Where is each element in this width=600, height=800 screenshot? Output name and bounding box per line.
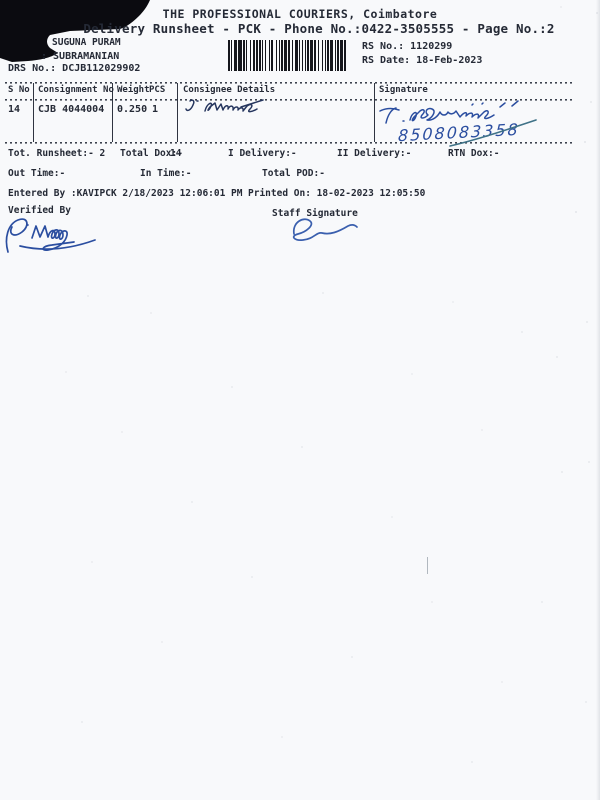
scan-stray-mark: [427, 557, 428, 574]
col-header-pcs: PCS: [149, 86, 165, 96]
table-top-border: [5, 82, 572, 84]
ii-delivery-label: II Delivery:-: [337, 149, 411, 159]
document-title: THE PROFESSIONAL COURIERS, Coimbatore: [0, 8, 600, 21]
out-time-label: Out Time:-: [8, 169, 65, 179]
col-header-signature: Signature: [379, 86, 428, 96]
scanned-delivery-runsheet: THE PROFESSIONAL COURIERS, Coimbatore De…: [0, 0, 600, 800]
column-divider: [177, 83, 178, 142]
staff-signature-handwriting: [270, 214, 362, 248]
cell-weight: 0.250: [117, 104, 147, 115]
in-time-label: In Time:-: [140, 169, 191, 179]
rs-number-text: RS No.: 1120299: [362, 41, 452, 52]
scan-noise-specks: [0, 0, 2, 2]
col-header-weight: Weight: [117, 86, 150, 96]
cell-consignment-no: CJB 4044004: [38, 104, 104, 115]
total-dox-value: 14: [170, 149, 181, 159]
tot-runsheet-text: Tot. Runsheet:- 2: [8, 149, 105, 159]
column-divider: [374, 83, 375, 142]
col-header-sno: S No: [8, 86, 30, 96]
rs-date-text: RS Date: 18-Feb-2023: [362, 55, 482, 66]
i-delivery-label: I Delivery:-: [228, 149, 297, 159]
drs-number-text: DRS No.: DCJB112029902: [8, 63, 140, 74]
cell-pcs: 1: [152, 104, 158, 115]
total-pod-label: Total POD:-: [262, 169, 325, 179]
consignee-signature-handwriting: [183, 94, 283, 120]
document-subtitle: Delivery Runsheet - PCK - Phone No.:0422…: [0, 22, 600, 36]
scan-edge-shadow: [596, 0, 600, 800]
cell-sno: 14: [8, 104, 20, 115]
barcode: [228, 40, 354, 71]
branch-area-text: SUGUNA PURAM: [52, 38, 121, 48]
receiver-signature-flourish: [448, 118, 540, 150]
entered-by-text: Entered By :KAVIPCK 2/18/2023 12:06:01 P…: [8, 189, 243, 199]
verifier-signature-handwriting: [0, 208, 110, 256]
contact-person-text: : SUBRAMANIAN: [41, 51, 119, 62]
col-header-consignment-no: Consignment No: [38, 86, 114, 96]
column-divider: [33, 83, 34, 142]
rtn-dox-label: RTN Dox:-: [448, 149, 499, 159]
printed-on-text: Printed On: 18-02-2023 12:05:50: [248, 189, 425, 199]
